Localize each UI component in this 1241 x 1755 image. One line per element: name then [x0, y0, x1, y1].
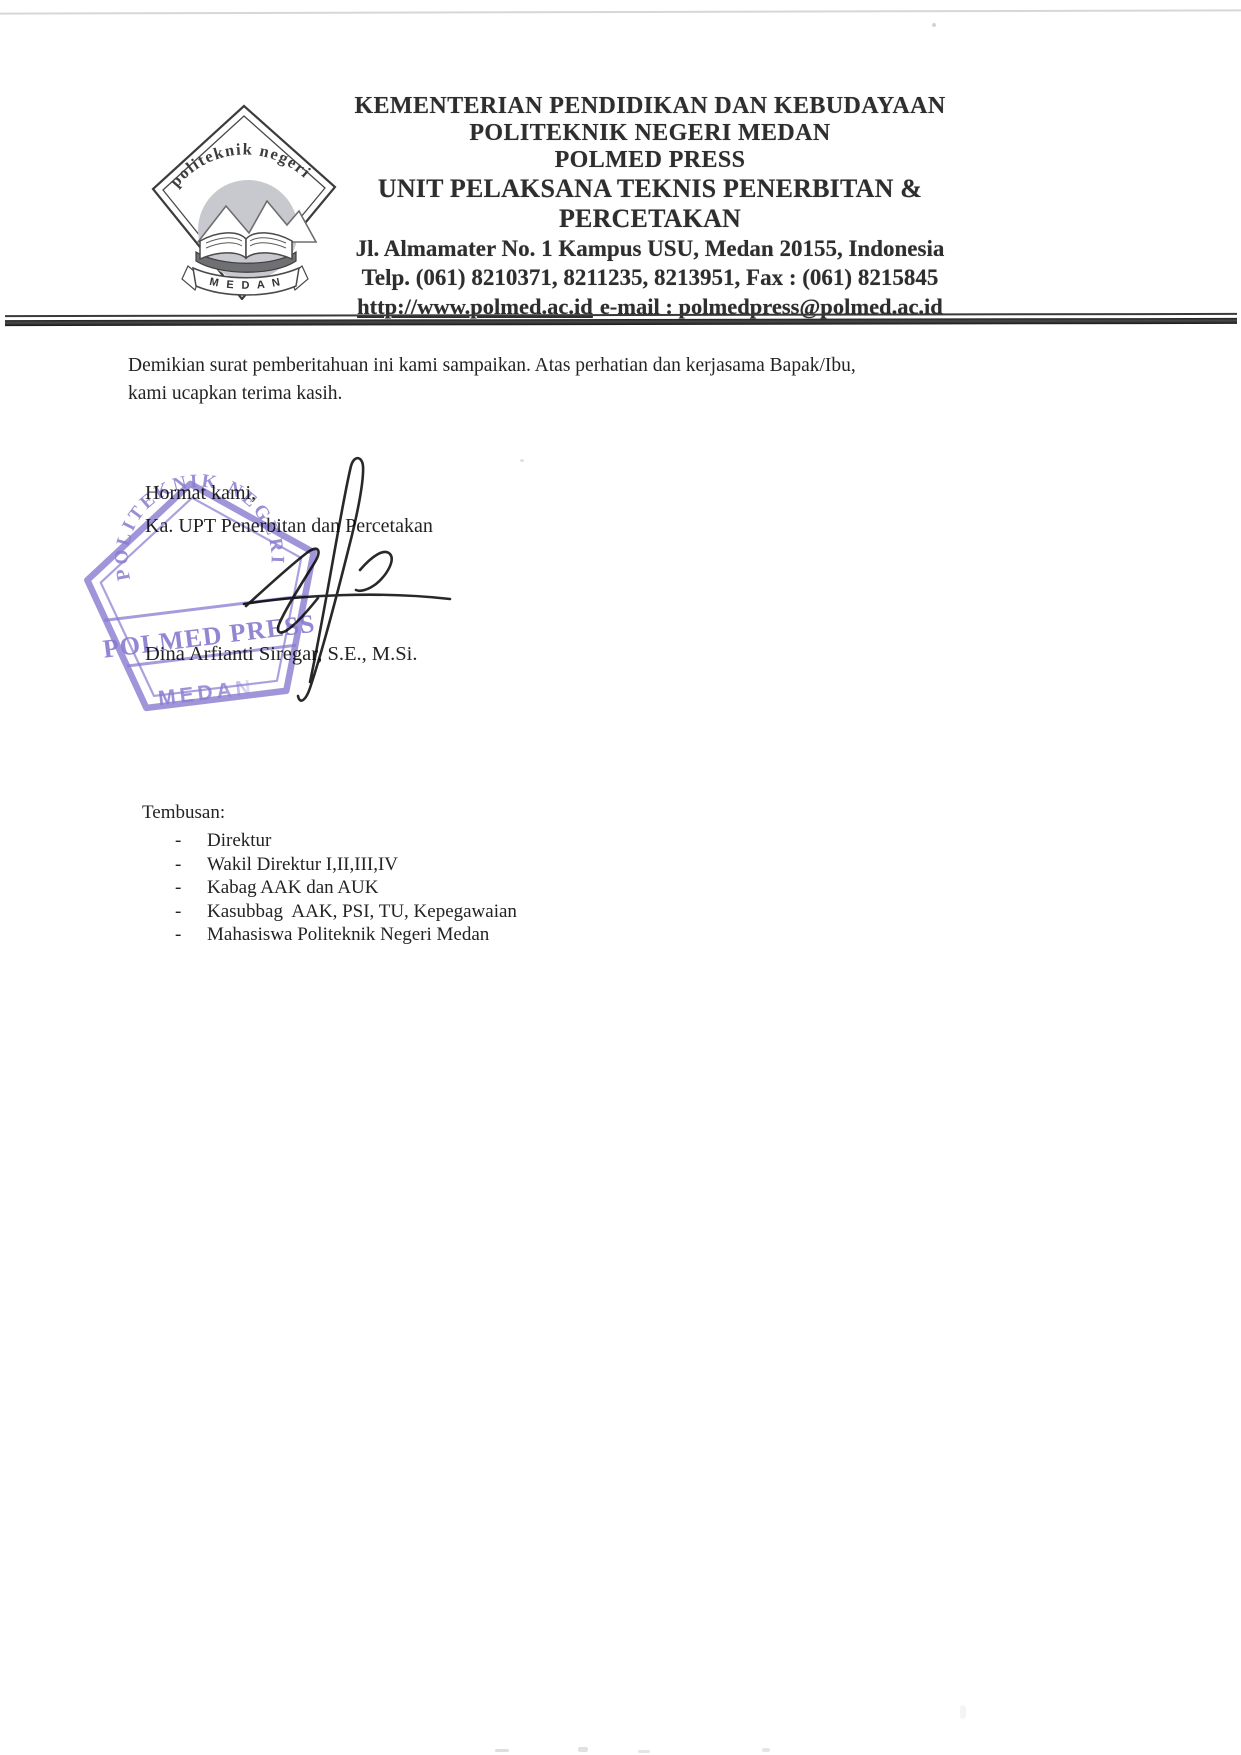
signature-stroke-baseline [244, 595, 450, 604]
tembusan-item: - Direktur [142, 829, 225, 853]
closing-line-1: Demikian surat pemberitahuan ini kami sa… [128, 352, 1008, 380]
address-line: Jl. Almamater No. 1 Kampus USU, Medan 20… [300, 234, 1000, 263]
scan-speck [495, 1749, 509, 1752]
signature-graphic [230, 452, 475, 717]
tembusan-item-label: Kasubbag AAK, PSI, TU, Kepegawaian [207, 900, 517, 924]
signature-stroke-hook [356, 552, 392, 591]
tembusan-bullet: - [175, 923, 181, 947]
letterhead: KEMENTERIAN PENDIDIKAN DAN KEBUDAYAAN PO… [300, 92, 1000, 321]
scan-artifact-line [0, 9, 1241, 14]
scan-speck [638, 1750, 650, 1753]
tembusan-bullet: - [175, 876, 181, 900]
tembusan-item-label: Direktur [207, 829, 271, 853]
web-email-line: http://www.polmed.ac.ide-mail : polmedpr… [300, 292, 1000, 321]
ministry-line: KEMENTERIAN PENDIDIKAN DAN KEBUDAYAAN [300, 92, 1000, 120]
signature-ink [230, 452, 475, 717]
tembusan-heading: Tembusan: [142, 802, 225, 824]
tembusan-bullet: - [175, 900, 181, 924]
tembusan-item: - Wakil Direktur I,II,III,IV [142, 853, 225, 877]
unit-line: UNIT PELAKSANA TEKNIS PENERBITAN & PERCE… [300, 174, 1000, 234]
scan-speck [762, 1748, 770, 1752]
tembusan-item: - Mahasiswa Politeknik Negeri Medan [142, 923, 225, 947]
signature-stroke-loop [298, 458, 363, 700]
letterhead-rule-thick [5, 318, 1237, 326]
scan-speck [932, 23, 936, 27]
signature-stroke-zigzag [246, 549, 319, 633]
tembusan-item-label: Kabag AAK dan AUK [207, 876, 379, 900]
tembusan-section: Tembusan: - Direktur - Wakil Direktur I,… [142, 802, 225, 947]
scan-speck [960, 1705, 966, 1719]
institution-line: POLITEKNIK NEGERI MEDAN [300, 120, 1000, 147]
tembusan-item: - Kabag AAK dan AUK [142, 876, 225, 900]
scan-speck [520, 459, 524, 462]
press-line: POLMED PRESS [300, 147, 1000, 174]
phone-line: Telp. (061) 8210371, 8211235, 8213951, F… [300, 263, 1000, 292]
tembusan-bullet: - [175, 853, 181, 877]
tembusan-item: - Kasubbag AAK, PSI, TU, Kepegawaian [142, 900, 225, 924]
scan-speck [578, 1747, 588, 1752]
tembusan-item-label: Wakil Direktur I,II,III,IV [207, 853, 398, 877]
tembusan-bullet: - [175, 829, 181, 853]
closing-paragraph: Demikian surat pemberitahuan ini kami sa… [128, 352, 1008, 407]
tembusan-item-label: Mahasiswa Politeknik Negeri Medan [207, 923, 489, 947]
closing-line-2: kami ucapkan terima kasih. [128, 380, 1008, 408]
scanned-letter-page: politeknik negeri M E D A N KEMENTERIAN … [0, 0, 1241, 1755]
